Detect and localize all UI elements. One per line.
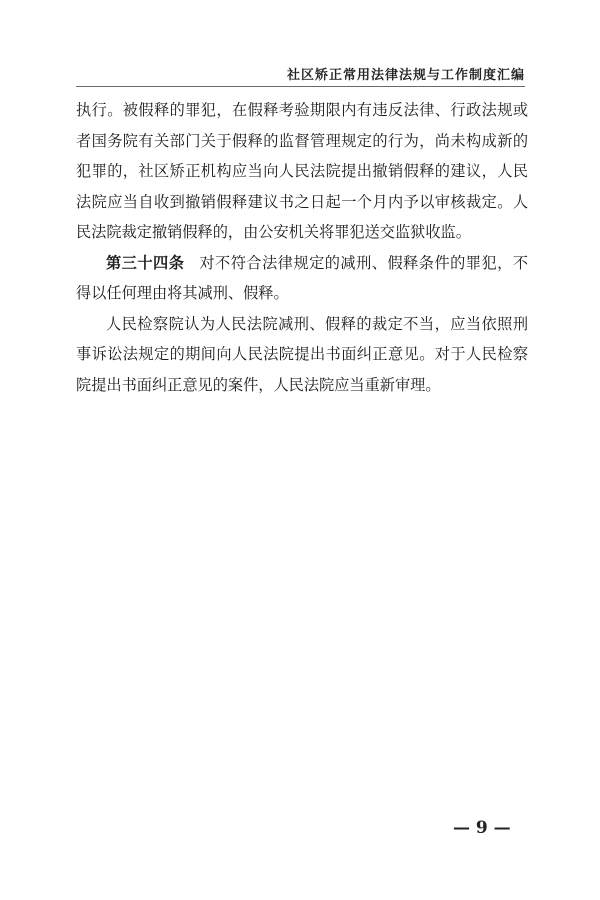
running-header-title: 社区矫正常用法律法规与工作制度汇编 (287, 64, 525, 83)
paragraph-article-34: 第三十四条对不符合法律规定的减刑、假释条件的罪犯，不得以任何理由将其减刑、假释。 (76, 248, 528, 309)
paragraph-procuratorate: 人民检察院认为人民法院减刑、假释的裁定不当，应当依照刑事诉讼法规定的期间向人民法… (76, 309, 528, 401)
paragraph-text: 执行。被假释的罪犯，在假释考验期限内有违反法律、行政法规或者国务院有关部门关于假… (76, 101, 528, 241)
page-number: — 9 — (453, 818, 511, 838)
paragraph-continued: 执行。被假释的罪犯，在假释考验期限内有违反法律、行政法规或者国务院有关部门关于假… (76, 95, 528, 248)
running-header: 社区矫正常用法律法规与工作制度汇编 (76, 58, 525, 87)
article-number: 第三十四条 (106, 254, 184, 272)
page-body: 执行。被假释的罪犯，在假释考验期限内有违反法律、行政法规或者国务院有关部门关于假… (76, 95, 528, 400)
paragraph-text: 人民检察院认为人民法院减刑、假释的裁定不当，应当依照刑事诉讼法规定的期间向人民法… (76, 315, 528, 394)
